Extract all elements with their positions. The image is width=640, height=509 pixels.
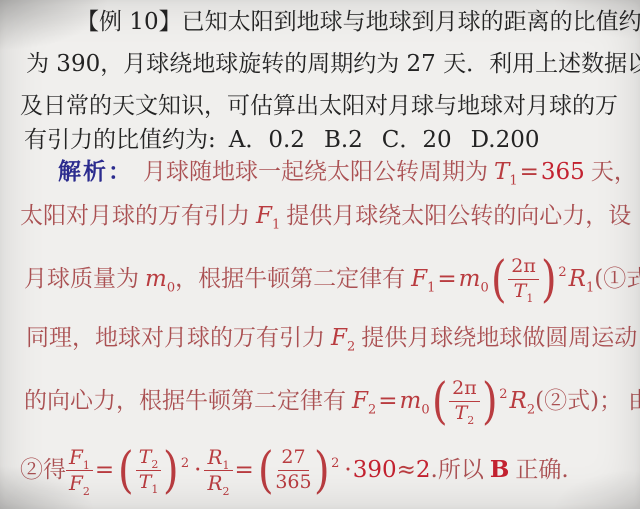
answer-letter: B xyxy=(490,452,509,488)
var-m-sub: 0 xyxy=(167,281,175,296)
math-F2: F2 xyxy=(331,325,355,351)
var-T: T xyxy=(514,280,527,302)
paren-group-2pi-T1: ( 2π T1 ) 2 xyxy=(489,254,569,304)
value-390: 390 xyxy=(353,452,397,488)
var-m: m xyxy=(400,388,422,414)
math-T1: T1 xyxy=(494,159,518,185)
var-T-sub: 1 xyxy=(151,482,158,495)
math-F1: F1 xyxy=(411,261,435,297)
result-value: 2 xyxy=(416,452,431,488)
var-T-sub: 1 xyxy=(509,174,517,189)
option-b: B.2 xyxy=(324,127,363,153)
solution-line-4: 同理，地球对月球的万有引力F2提供月球绕地球做圆周运动 xyxy=(26,318,637,358)
fraction-denominator: 365 xyxy=(275,471,311,494)
fraction-denominator: T1 xyxy=(139,471,159,494)
solution-text: 月球随地球一起绕太阳公转周期为 xyxy=(143,159,488,185)
solution-line-1: 解析：月球随地球一起绕太阳公转周期为T1=365天， xyxy=(58,152,637,192)
paren-group-2pi-T2: ( 2π T2 ) 2 xyxy=(430,376,510,426)
multiply-dot: · xyxy=(344,452,351,488)
var-F-sub: 1 xyxy=(427,281,435,296)
solution-text: 由① xyxy=(628,383,640,419)
math-m0: m0 xyxy=(459,261,489,297)
equals-sign: = xyxy=(235,452,254,488)
var-R: R xyxy=(510,388,527,414)
problem-line-3: 及日常的天文知识，可估算出太阳对月球与地球对月球的万 xyxy=(20,88,618,124)
option-d: D.200 xyxy=(471,127,540,153)
fraction-denominator: F2 xyxy=(69,471,90,495)
var-T-sub: 2 xyxy=(467,413,474,426)
fraction-27-over-365: 27 365 xyxy=(275,447,311,494)
analysis-label: 解析： xyxy=(58,159,133,185)
math-m0: m0 xyxy=(145,261,175,297)
var-R-sub: 2 xyxy=(527,403,535,418)
solution-line-5: 的向心力，根据牛顿第二定律有 F2 = m0 ( 2π T2 ) 2 R2 (②… xyxy=(24,362,640,440)
left-paren: ( xyxy=(118,445,134,495)
solution-line-6: ②得 F1 F2 = ( T2 T1 ) 2 · R1 R2 = ( 27 36… xyxy=(20,436,569,504)
problem-text: 为 390，月球绕地球旋转的周期约为 27 天．利用上述数据以 xyxy=(26,51,640,77)
problem-text: 有引力的比值约为: xyxy=(24,127,216,153)
solution-text: .所以 xyxy=(431,452,484,488)
multiply-dot: · xyxy=(194,452,201,488)
problem-text: 【例 10】已知太阳到地球与地球到月球的距离的比值约 xyxy=(76,9,640,35)
fraction-F1-over-F2: F1 F2 xyxy=(66,446,93,495)
exponent-2: 2 xyxy=(181,446,189,482)
problem-text: 及日常的天文知识，可估算出太阳对月球与地球对月球的万 xyxy=(20,93,618,119)
fraction-numerator: 27 xyxy=(278,447,308,471)
var-R: R xyxy=(569,266,586,292)
solution-text: 的向心力，根据牛顿第二定律有 xyxy=(24,383,346,419)
problem-line-1: 【例 10】已知太阳到地球与地球到月球的距离的比值约 xyxy=(76,4,640,40)
document-page: 【例 10】已知太阳到地球与地球到月球的距离的比值约 为 390，月球绕地球旋转… xyxy=(0,0,640,509)
var-m: m xyxy=(459,266,481,292)
var-T-sub: 2 xyxy=(151,457,158,470)
var-F: F xyxy=(69,445,83,469)
fraction-numerator: 2π xyxy=(508,256,539,280)
var-F-sub: 2 xyxy=(83,485,90,498)
value-365: 365 xyxy=(541,159,585,185)
var-T: T xyxy=(139,471,152,493)
fraction-numerator: 2π xyxy=(449,378,480,402)
var-F: F xyxy=(331,325,347,351)
var-R-sub: 1 xyxy=(586,281,594,296)
solution-line-3: 月球质量为 m0 ，根据牛顿第二定律有 F1 = m0 ( 2π T1 ) 2 … xyxy=(24,240,640,318)
var-F: F xyxy=(352,388,368,414)
equals-sign: = xyxy=(520,159,539,185)
solution-text: ，根据牛顿第二定律有 xyxy=(175,261,405,297)
solution-text: 天， xyxy=(591,159,637,185)
equals-sign: = xyxy=(378,383,397,419)
fraction-numerator: R1 xyxy=(204,446,232,471)
left-paren: ( xyxy=(432,376,448,426)
var-m-sub: 0 xyxy=(421,403,429,418)
fraction-T2-over-T1: T2 T1 xyxy=(136,447,162,494)
math-F2: F2 xyxy=(352,383,376,419)
var-F: F xyxy=(69,471,83,495)
var-F: F xyxy=(256,203,272,229)
fraction-denominator: T1 xyxy=(514,280,534,303)
solution-text: 月球质量为 xyxy=(24,261,139,297)
var-m: m xyxy=(145,266,167,292)
math-R1: R1 xyxy=(569,261,595,297)
option-c: C．20 xyxy=(382,127,452,153)
solution-text: 太阳对月球的万有引力 xyxy=(20,203,250,229)
fraction-numerator: F1 xyxy=(66,446,93,471)
math-m0: m0 xyxy=(400,383,430,419)
fraction-2pi-over-T2: 2π T2 xyxy=(449,378,480,425)
fraction-numerator: T2 xyxy=(136,447,162,471)
right-paren: ) xyxy=(314,445,330,495)
solution-text: 提供月球绕太阳公转的向心力，设 xyxy=(286,203,631,229)
paren-group-T2-T1: ( T2 T1 ) 2 xyxy=(116,445,191,495)
solution-text: ②得 xyxy=(20,452,66,488)
fraction-denominator: R2 xyxy=(207,471,229,495)
var-R: R xyxy=(207,471,222,495)
var-F: F xyxy=(411,266,427,292)
fraction-R1-over-R2: R1 R2 xyxy=(204,446,232,495)
equals-sign: = xyxy=(95,452,114,488)
var-F-sub: 2 xyxy=(368,403,376,418)
approx-sign: ≈ xyxy=(397,452,416,488)
var-R: R xyxy=(207,445,222,469)
left-paren: ( xyxy=(258,445,274,495)
var-R-sub: 2 xyxy=(223,485,230,498)
solution-text: 提供月球绕地球做圆周运动 xyxy=(361,325,637,351)
problem-line-2: 为 390，月球绕地球旋转的周期约为 27 天．利用上述数据以 xyxy=(26,46,640,82)
solution-text: 同理，地球对月球的万有引力 xyxy=(26,325,325,351)
exponent-2: 2 xyxy=(558,255,566,291)
exponent-2: 2 xyxy=(499,377,507,413)
right-paren: ) xyxy=(541,254,557,304)
paren-group-27-365: ( 27 365 ) 2 xyxy=(256,445,342,495)
var-T: T xyxy=(494,159,509,185)
var-F-sub: 2 xyxy=(347,340,355,355)
right-paren: ) xyxy=(163,445,179,495)
var-T: T xyxy=(455,402,468,424)
equation-label-2: (②式)； xyxy=(535,383,622,419)
exponent-2: 2 xyxy=(331,446,339,482)
equation-label-1: (①式)； xyxy=(594,261,640,297)
option-a: A．0.2 xyxy=(229,127,305,153)
left-paren: ( xyxy=(491,254,507,304)
var-T: T xyxy=(139,446,152,468)
equals-sign: = xyxy=(437,261,456,297)
math-R2: R2 xyxy=(510,383,536,419)
solution-text: 正确. xyxy=(515,452,568,488)
right-paren: ) xyxy=(482,376,498,426)
var-T-sub: 1 xyxy=(526,291,533,304)
fraction-denominator: T2 xyxy=(455,402,475,425)
var-m-sub: 0 xyxy=(480,281,488,296)
var-F-sub: 1 xyxy=(272,218,280,233)
math-F1: F1 xyxy=(256,203,280,229)
fraction-2pi-over-T1: 2π T1 xyxy=(508,256,539,303)
solution-line-2: 太阳对月球的万有引力F1提供月球绕太阳公转的向心力，设 xyxy=(20,196,631,236)
